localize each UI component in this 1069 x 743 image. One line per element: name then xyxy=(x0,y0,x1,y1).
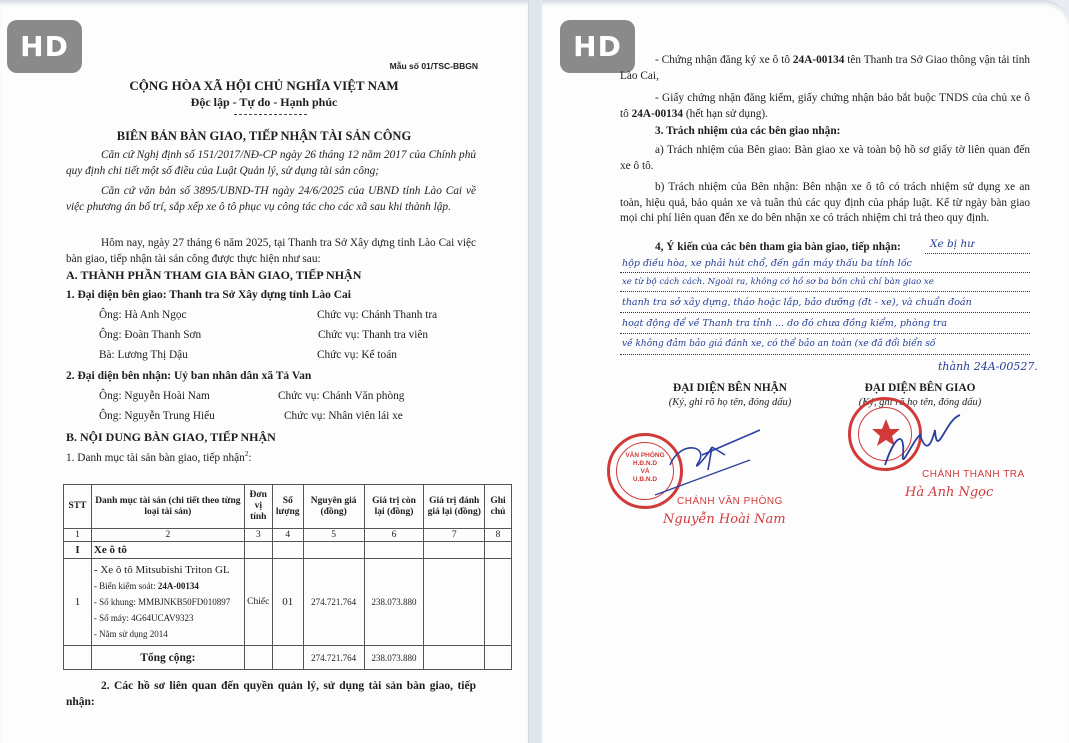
legal-basis-2: Căn cứ văn bản số 3895/UBND-TH ngày 24/6… xyxy=(66,183,476,215)
giver-name-1: Ông: Hà Anh Ngọc xyxy=(99,309,187,321)
giver-sign-heading: ĐẠI DIỆN BÊN GIAO xyxy=(830,382,1010,394)
giver-name-2: Ông: Đoàn Thanh Sơn xyxy=(99,329,201,341)
document-title: BIÊN BẢN BÀN GIAO, TIẾP NHẬN TÀI SẢN CÔN… xyxy=(0,129,528,144)
item-original-cost: 274.721.764 xyxy=(303,559,364,646)
giver-sign-instruction: (Ký, ghi rõ họ tên, đóng dấu) xyxy=(830,397,1010,408)
col-header: Giá trị đánh giá lại (đồng) xyxy=(424,485,485,529)
total-original-cost: 274.721.764 xyxy=(303,646,364,670)
index-cell: 4 xyxy=(272,529,303,542)
receiver-sign-heading: ĐẠI DIỆN BÊN NHẬN xyxy=(640,382,820,394)
asset-list-heading: 1. Danh mục tài sản bàn giao, tiếp nhận2… xyxy=(66,450,251,464)
handwriting-line xyxy=(620,333,1030,334)
receiver-signatory-name: Nguyễn Hoài Nam xyxy=(663,512,786,527)
plate-line: - Biển kiểm soát: 24A-00134 xyxy=(94,578,242,594)
col-header: STT xyxy=(64,485,92,529)
form-code: Mẫu số 01/TSC-BBGN xyxy=(390,61,478,71)
divider-rule xyxy=(234,114,307,115)
group-stt: I xyxy=(64,542,92,559)
table-header-row: STT Danh mục tài sản (chi tiết theo từng… xyxy=(64,485,512,529)
giver-position-2: Chức vụ: Thanh tra viên xyxy=(318,329,428,341)
vehicle-name: - Xe ô tô Mitsubishi Triton GL xyxy=(94,562,242,578)
page-divider xyxy=(528,0,542,743)
col-header: Nguyên giá (đồng) xyxy=(303,485,364,529)
giver-heading: 1. Đại diện bên giao: Thanh tra Sở Xây d… xyxy=(66,289,351,301)
record-item-1: - Chứng nhận đăng ký xe ô tô 24A-00134 t… xyxy=(620,53,1030,84)
item-revalued xyxy=(424,559,485,646)
responsibility-receiver: b) Trách nhiệm của Bên nhận: Bên nhận xe… xyxy=(620,180,1030,227)
table-total-row: Tổng cộng: 274.721.764 238.073.880 xyxy=(64,646,512,670)
item-stt: 1 xyxy=(64,559,92,646)
nation-heading: CỘNG HÒA XÃ HỘI CHỦ NGHĨA VIỆT NAM xyxy=(0,78,528,94)
receiver-signature xyxy=(650,425,760,500)
giver-position-3: Chức vụ: Kế toán xyxy=(317,349,397,361)
index-cell: 5 xyxy=(303,529,364,542)
chassis-number: - Số khung: MMBJNKB50FD010897 xyxy=(94,594,242,610)
table-index-row: 1 2 3 4 5 6 7 8 xyxy=(64,529,512,542)
index-cell: 7 xyxy=(424,529,485,542)
hd-badge: HD xyxy=(7,20,82,73)
record-item-2: - Giấy chứng nhận đăng kiểm, giấy chứng … xyxy=(620,91,1030,122)
col-header: Đơn vị tính xyxy=(244,485,272,529)
year-in-use: - Năm sử dụng 2014 xyxy=(94,626,242,642)
handwriting-line xyxy=(620,312,1030,313)
handwritten-note-line: thành 24A-00527. xyxy=(938,360,1038,373)
section-b-heading: B. NỘI DUNG BÀN GIAO, TIẾP NHẬN xyxy=(66,430,276,445)
giver-role: CHÁNH THANH TRA xyxy=(922,469,1025,480)
item-quantity: 01 xyxy=(272,559,303,646)
col-header: Ghi chú xyxy=(485,485,512,529)
engine-number: - Số máy: 4G64UCAV9323 xyxy=(94,610,242,626)
responsibility-heading: 3. Trách nhiệm của các bên giao nhận: xyxy=(620,124,1030,140)
table-group-row: I Xe ô tô xyxy=(64,542,512,559)
receiver-sign-instruction: (Ký, ghi rõ họ tên, đóng dấu) xyxy=(640,397,820,408)
handwritten-note-line: hộp điều hòa, xe phải hút chổ, đến gần m… xyxy=(622,258,912,269)
index-cell: 1 xyxy=(64,529,92,542)
giver-signatory-name: Hà Anh Ngọc xyxy=(905,485,993,500)
col-header: Danh mục tài sản (chi tiết theo từng loạ… xyxy=(91,485,244,529)
item-note xyxy=(485,559,512,646)
total-label: Tổng cộng: xyxy=(91,646,244,670)
giver-position-1: Chức vụ: Chánh Thanh tra xyxy=(317,309,437,321)
col-header: Giá trị còn lại (đồng) xyxy=(364,485,424,529)
handwritten-note-line: về không đảm bảo giá đánh xe, có thể bảo… xyxy=(622,339,935,349)
item-remaining-value: 238.073.880 xyxy=(364,559,424,646)
table-row: 1 - Xe ô tô Mitsubishi Triton GL - Biển … xyxy=(64,559,512,646)
handwritten-note-line: xe từ bộ cách cách. Ngoài ra, không có h… xyxy=(622,277,934,287)
receiver-name-1: Ông: Nguyễn Hoài Nam xyxy=(99,390,210,402)
section-a-heading: A. THÀNH PHẦN THAM GIA BÀN GIAO, TIẾP NH… xyxy=(66,268,361,283)
item-unit: Chiếc xyxy=(244,559,272,646)
intro-paragraph: Hôm nay, ngày 27 tháng 6 năm 2025, tại T… xyxy=(66,235,476,267)
handwriting-line xyxy=(925,253,1030,254)
receiver-role: CHÁNH VĂN PHÒNG xyxy=(677,496,783,507)
receiver-position-2: Chức vụ: Nhân viên lái xe xyxy=(284,410,403,422)
index-cell: 8 xyxy=(485,529,512,542)
handwriting-line xyxy=(620,291,1030,292)
col-header: Số lượng xyxy=(272,485,303,529)
receiver-heading: 2. Đại diện bên nhận: Uỷ ban nhân dân xã… xyxy=(66,370,311,382)
responsibility-giver: a) Trách nhiệm của Bên giao: Bàn giao xe… xyxy=(620,143,1030,174)
receiver-position-1: Chức vụ: Chánh Văn phòng xyxy=(278,390,404,402)
motto: Độc lập - Tự do - Hạnh phúc xyxy=(0,95,528,110)
records-heading: 2. Các hồ sơ liên quan đến quyền quản lý… xyxy=(66,678,476,710)
handwritten-note-line: Xe bị hư xyxy=(930,238,974,250)
group-label: Xe ô tô xyxy=(91,542,244,559)
index-cell: 3 xyxy=(244,529,272,542)
document-page-1: HD Mẫu số 01/TSC-BBGN CỘNG HÒA XÃ HỘI CH… xyxy=(0,0,528,743)
index-cell: 2 xyxy=(91,529,244,542)
item-details: - Xe ô tô Mitsubishi Triton GL - Biển ki… xyxy=(91,559,244,646)
handwritten-note-line: thanh tra sở xây dựng, tháo hoặc lắp, bả… xyxy=(622,297,972,308)
receiver-name-2: Ông: Nguyễn Trung Hiếu xyxy=(99,410,215,422)
handwritten-note-line: hoạt động để về Thanh tra tỉnh ... do đó… xyxy=(622,318,947,329)
index-cell: 6 xyxy=(364,529,424,542)
asset-table: STT Danh mục tài sản (chi tiết theo từng… xyxy=(63,484,512,670)
legal-basis-1: Căn cứ Nghị định số 151/2017/NĐ-CP ngày … xyxy=(66,147,476,179)
giver-name-3: Bà: Lương Thị Dậu xyxy=(99,349,188,361)
total-remaining-value: 238.073.880 xyxy=(364,646,424,670)
handwriting-line xyxy=(620,272,1030,273)
handwriting-line xyxy=(620,354,1030,355)
